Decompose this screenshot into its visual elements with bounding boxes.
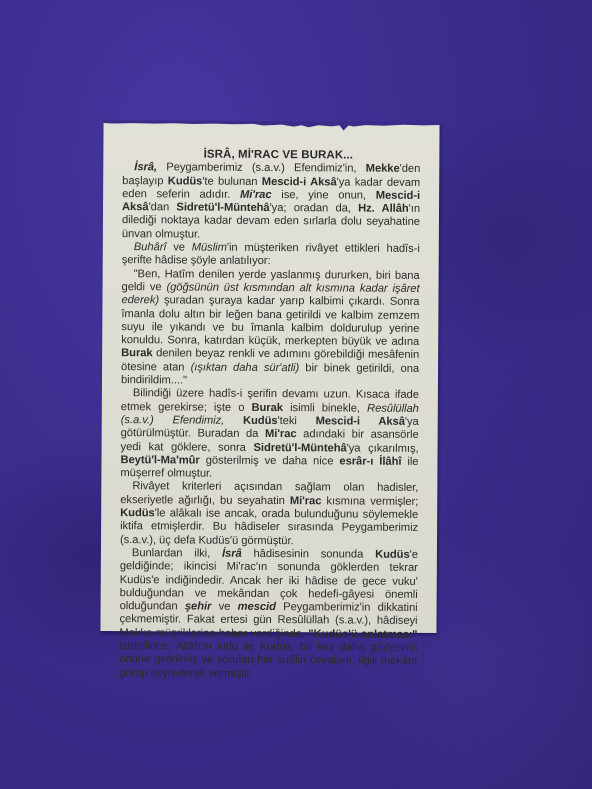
article-body: İSRÂ, Mİ'RAC VE BURAK... İsrâ, Peygamber… (119, 148, 420, 682)
newspaper-clipping: İSRÂ, Mİ'RAC VE BURAK... İsrâ, Peygamber… (100, 122, 439, 633)
article-paragraph: "Ben, Hatîm denilen yerde yaslanmış duru… (121, 268, 420, 389)
article-paragraph: İsrâ, Peygamberimiz (s.a.v.) Efendimiz'i… (122, 161, 420, 243)
article-paragraph: Bunlardan ilki, İsrâ hâdisesinin sonunda… (119, 547, 418, 682)
article-paragraph: Rivâyet kriterleri açısından sağlam olan… (120, 481, 418, 549)
torn-edge (103, 120, 439, 134)
article-paragraphs: İsrâ, Peygamberimiz (s.a.v.) Efendimiz'i… (119, 161, 420, 681)
article-paragraph: Buhârî ve Müslim'in müşteriken rivâyet e… (122, 241, 420, 269)
article-paragraph: Bilindiği üzere hadîs-i şerifin devamı u… (120, 387, 419, 482)
